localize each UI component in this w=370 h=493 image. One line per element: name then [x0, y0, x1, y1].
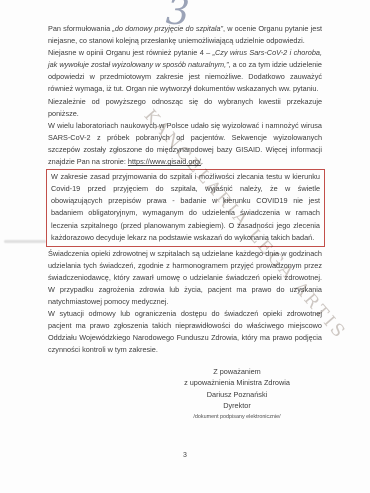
signature-block: Z poważaniem z upoważnienia Ministra Zdr… [162, 366, 312, 422]
paragraph-question-4: Niejasne w opinii Organu jest również py… [48, 47, 322, 95]
scan-artifact [4, 240, 46, 243]
letter-body: Pan sformułowania „do domowy przyjęcie d… [48, 23, 322, 422]
closing-authorization: z upoważnienia Ministra Zdrowia [162, 377, 312, 389]
handwritten-page-number: 3 [165, 0, 191, 34]
paragraph-patient-rights: W sytuacji odmowy lub ograniczenia dostę… [48, 308, 322, 356]
signer-title: Dyrektor [162, 400, 312, 412]
paragraph-covid-testing: W zakresie zasad przyjmowania do szpital… [51, 171, 320, 244]
closing-salutation: Z poważaniem [162, 366, 312, 378]
signer-name: Dariusz Poznański [162, 389, 312, 401]
paragraph-text: Pan sformułowania [48, 24, 112, 33]
page-number: 3 [0, 452, 370, 459]
paragraph-text: Niejasne w opinii Organu jest również py… [48, 48, 213, 57]
scanned-letter-page: 3 KANCELARIA LEGA ARTIS Pan sformułowani… [0, 0, 370, 493]
highlighted-paragraph-box: W zakresie zasad przyjmowania do szpital… [46, 169, 325, 247]
esignature-note: /dokument podpisany elektronicznie/ [162, 413, 312, 422]
paragraph-transition: Niezależnie od powyższego odnosząc się d… [48, 96, 322, 120]
